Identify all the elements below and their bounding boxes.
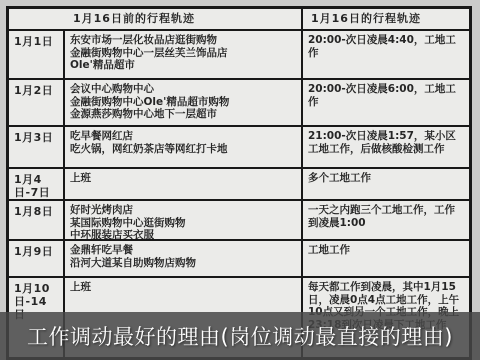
row-date: 1月3日 (9, 127, 63, 167)
row-itinerary-actual: 21:00-次日凌晨1:57，某小区工地工作，后做核酸检测工作 (303, 127, 469, 167)
row-date: 1月8日 (9, 201, 63, 239)
screenshot-root: 1月16日前的行程轨迹 1月16日的行程轨迹 1月1日 东安市场一层化妆品店逛街… (0, 0, 480, 360)
schedule-table: 1月16日前的行程轨迹 1月16日的行程轨迹 1月1日 东安市场一层化妆品店逛街… (6, 6, 472, 360)
row-itinerary-before: 东安市场一层化妆品店逛街购物 金融街购物中心一层丝芙兰饰品店 Ole'精品超市 (65, 31, 301, 78)
row-date: 1月4日-7日 (9, 169, 63, 199)
row-itinerary-actual: 20:00-次日凌晨4:40，工地工作 (303, 31, 469, 78)
row-itinerary-actual: 一天之内跑三个工地工作，工作到凌晨1:00 (303, 201, 469, 239)
row-itinerary-before: 上班 (65, 169, 301, 199)
row-date: 1月1日 (9, 31, 63, 78)
row-date: 1月2日 (9, 80, 63, 125)
row-itinerary-actual: 20:00-次日凌晨6:00，工地工作 (303, 80, 469, 125)
row-itinerary-before: 好时光烤肉店 某国际购物中心逛街购物 中环服装店买衣服 (65, 201, 301, 239)
row-date: 1月9日 (9, 241, 63, 276)
header-actual-column: 1月16日的行程轨迹 (303, 9, 469, 29)
row-itinerary-actual: 多个工地工作 (303, 169, 469, 199)
row-itinerary-before: 吃早餐网红店 吃火锅，网红奶茶店等网红打卡地 (65, 127, 301, 167)
row-itinerary-before: 会议中心购物中心 金融街购物中心Ole'精品超市购物 金源燕莎购物中心地下一层超… (65, 80, 301, 125)
row-itinerary-before: 金鼎轩吃早餐 沿河大道某自助购物店购物 (65, 241, 301, 276)
header-before-column: 1月16日前的行程轨迹 (9, 9, 301, 29)
row-itinerary-actual: 工地工作 (303, 241, 469, 276)
image-caption: 工作调动最好的理由(岗位调动最直接的理由) (0, 312, 480, 360)
